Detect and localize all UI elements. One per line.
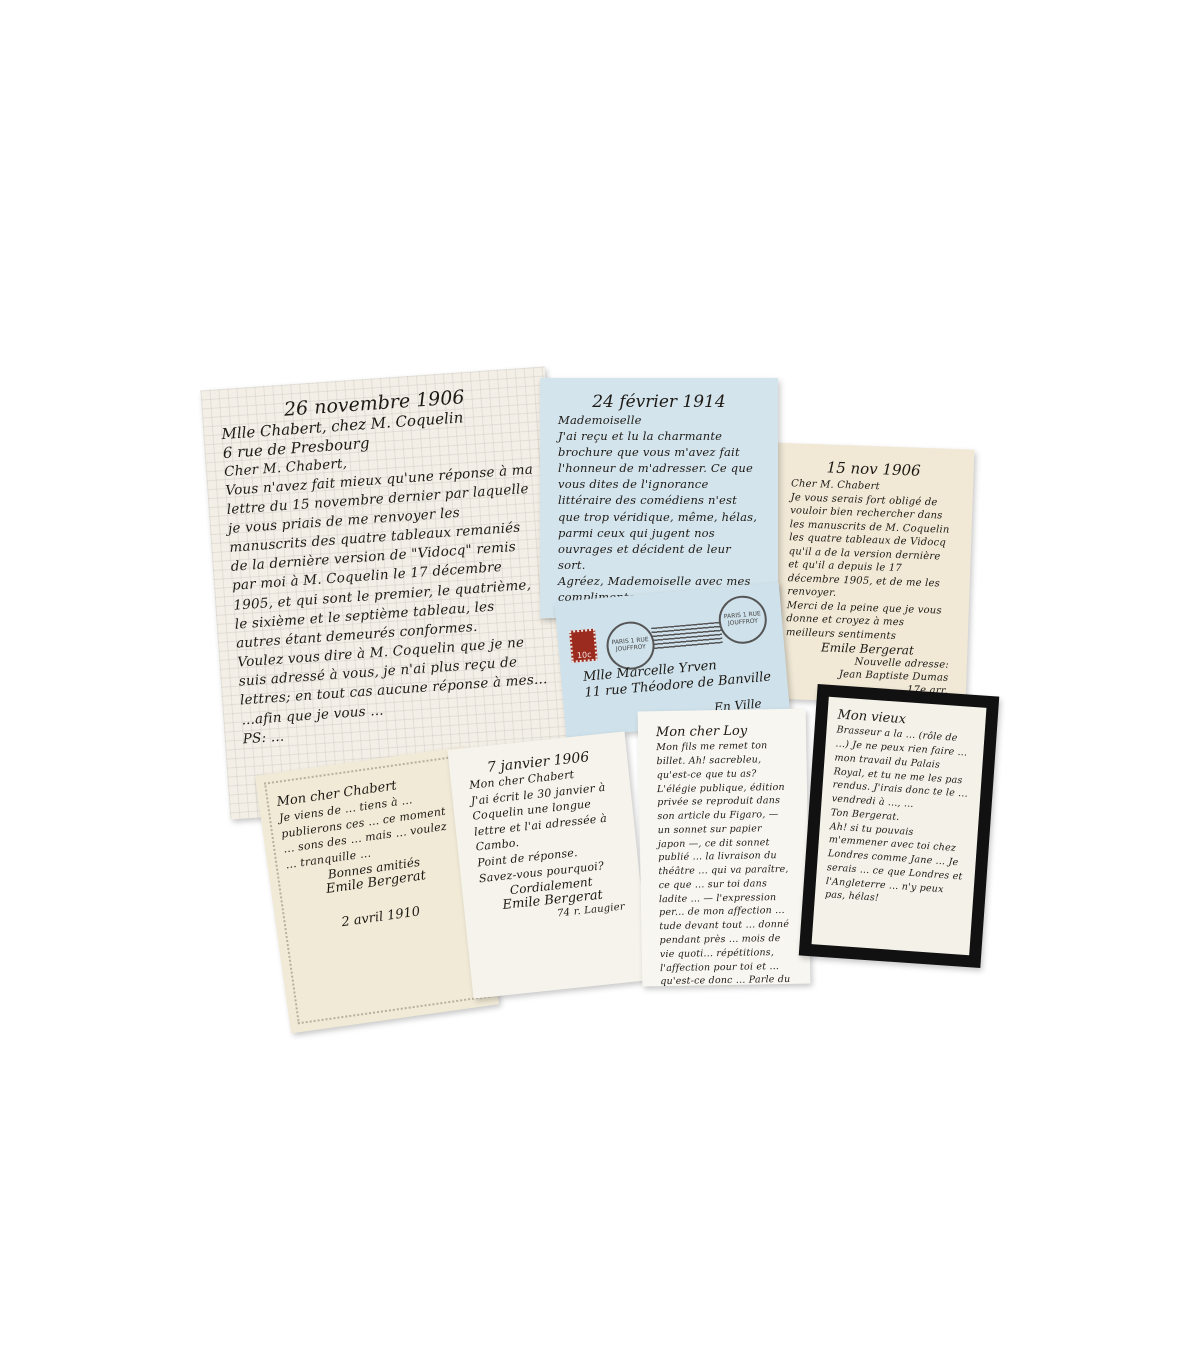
postage-stamp: 10c	[569, 629, 598, 663]
letter-body: Mon cher Chabert J'ai écrit le 30 janvie…	[468, 763, 621, 887]
letter-body: Mon fils me remet ton billet. Ah! sacreb…	[656, 739, 793, 986]
letter-7-janvier-1906: 7 janvier 1906 Mon cher Chabert J'ai écr…	[447, 731, 650, 998]
letter-body: Cher M. Chabert, Vous n'avez fait mieux …	[224, 441, 552, 749]
postmark: PARIS 1 RUE JOUFFROY	[717, 594, 769, 646]
letter-body: Cher M. Chabert Je vous serais fort obli…	[786, 477, 956, 645]
stamp-value: 10c	[577, 650, 592, 660]
letter-body: Brasseur a la ... (rôle de ...) Je ne pe…	[825, 724, 975, 912]
letter-24-fevrier-1914: 24 février 1914 Mademoiselle J'ai reçu e…	[540, 378, 778, 618]
card-inner: Mon vieux Brasseur a la ... (rôle de ...…	[812, 697, 987, 955]
cancellation-lines	[651, 622, 723, 650]
letter-mon-vieux: Mon vieux Brasseur a la ... (rôle de ...…	[799, 684, 1000, 968]
letters-photo: 26 novembre 1906 Mlle Chabert, chez M. C…	[0, 0, 1200, 1372]
letter-15-nov-1906: 15 nov 1906 Cher M. Chabert Je vous sera…	[766, 443, 975, 706]
envelope-recipient: Mlle Marcelle Yrven 11 rue Théodore de B…	[583, 654, 772, 703]
letter-mon-cher-loy: Mon cher Loy Mon fils me remet ton bille…	[638, 709, 811, 987]
letter-date: 24 février 1914	[558, 392, 760, 412]
